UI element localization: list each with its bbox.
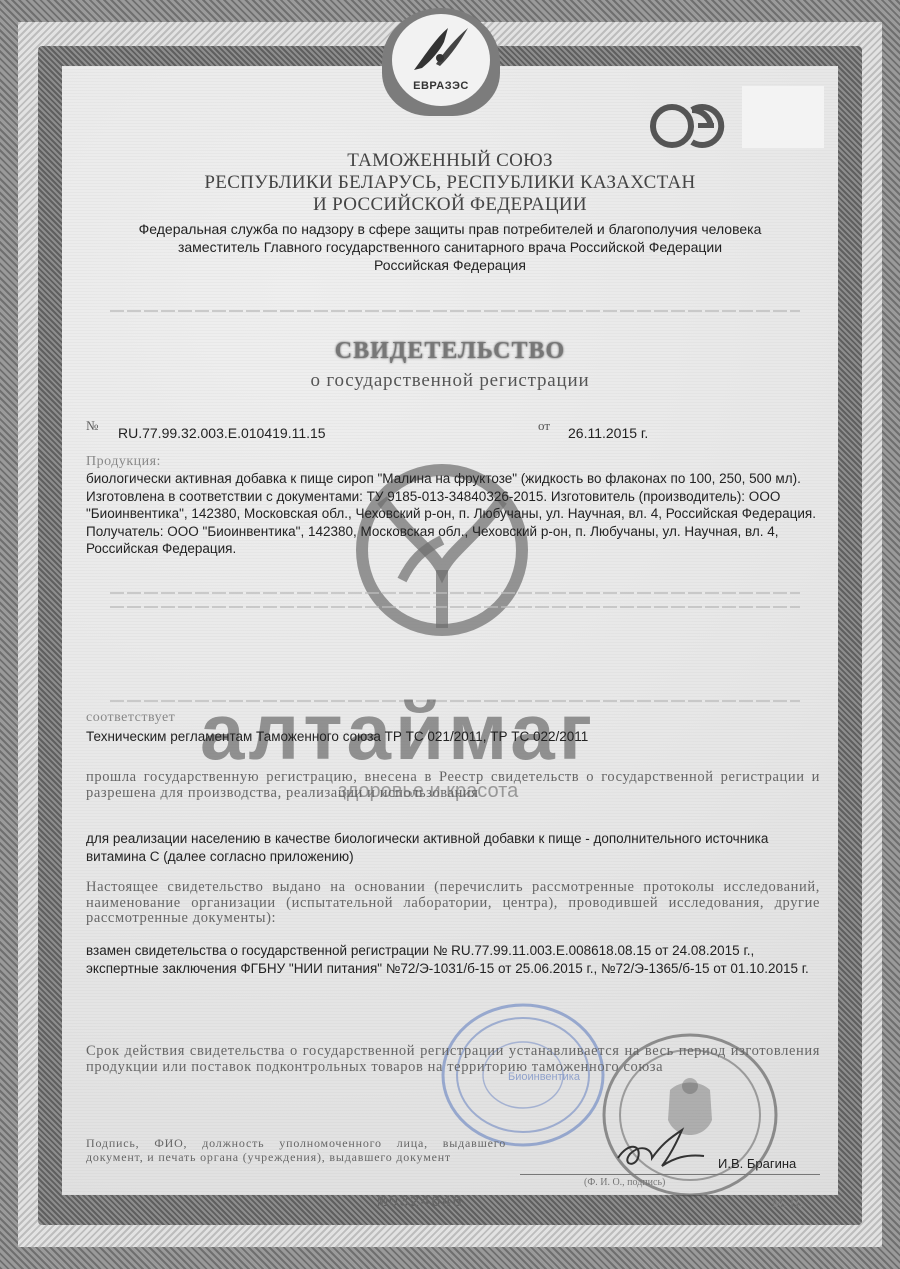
conformity-label: соответствует [86, 710, 175, 726]
illegible-caption-line [110, 310, 800, 312]
customs-union-header: ТАМОЖЕННЫЙ СОЮЗ РЕСПУБЛИКИ БЕЛАРУСЬ, РЕС… [62, 150, 838, 216]
emblem-swoosh-icon [410, 24, 472, 72]
registration-date-label: от [538, 418, 550, 434]
validity-text: Срок действия свидетельства о государств… [86, 1044, 820, 1075]
product-description: биологически активная добавка к пище сир… [86, 470, 838, 558]
union-line-2: РЕСПУБЛИКИ БЕЛАРУСЬ, РЕСПУБЛИКИ КАЗАХСТА… [62, 172, 838, 194]
basis-label: Настоящее свидетельство выдано на основа… [86, 880, 820, 927]
seal-placement-label: М. П. [772, 1195, 803, 1211]
ce-conformity-mark-icon [648, 100, 732, 152]
faint-form-line [110, 592, 800, 594]
certificate-title: СВИДЕТЕЛЬСТВО [62, 338, 838, 365]
signature-subcaption: (Ф. И. О., подпись) [584, 1177, 665, 1188]
signature-line [520, 1174, 820, 1175]
registration-date: 26.11.2015 г. [568, 425, 648, 441]
basis-documents: взамен свидетельства о государственной р… [86, 942, 826, 977]
registration-number: RU.77.99.32.003.E.010419.11.15 [118, 425, 326, 441]
faint-form-line [110, 606, 800, 608]
agency-line-1: Федеральная служба по надзору в сфере за… [62, 220, 838, 238]
handwritten-signature-icon [612, 1124, 712, 1174]
signer-name: И.В. Брагина [718, 1156, 796, 1171]
union-line-3: И РОССИЙСКОЙ ФЕДЕРАЦИИ [62, 194, 838, 216]
eurasec-emblem-icon: ЕВРАЗЭС [382, 8, 500, 116]
agency-line-2: заместитель Главного государственного са… [62, 238, 838, 256]
usage-text: для реализации населению в качестве биол… [86, 830, 826, 865]
agency-line-3: Российская Федерация [62, 256, 838, 274]
blue-organization-stamp-icon: Биоинвентика [438, 1000, 608, 1150]
emblem-label: ЕВРАЗЭС [413, 80, 469, 92]
blank-field-box [742, 86, 824, 148]
conformity-text: Техническим регламентам Таможенного союз… [86, 728, 588, 746]
agency-header: Федеральная служба по надзору в сфере за… [62, 220, 838, 274]
registration-number-label: № [86, 418, 98, 434]
watermark-subtext: здоровье и красота [338, 780, 518, 803]
signature-caption: Подпись, ФИО, должность уполномоченного … [86, 1136, 506, 1164]
product-label: Продукция: [86, 454, 161, 470]
union-line-1: ТАМОЖЕННЫЙ СОЮЗ [62, 150, 838, 172]
certificate-subtitle: о государственной регистрации [62, 370, 838, 392]
form-serial-number: №0324646 [378, 1193, 463, 1211]
